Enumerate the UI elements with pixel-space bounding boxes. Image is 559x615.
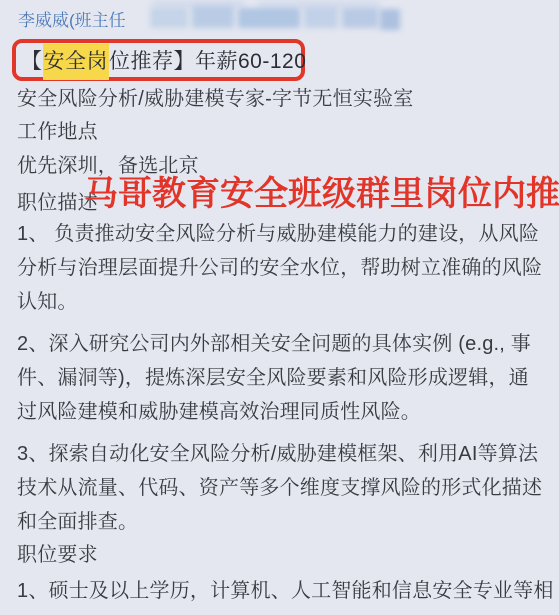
requirements-line: 1、硕士及以上学历，计算机、人工智能和信息安全专业等相 <box>17 577 554 605</box>
description-line: 分析与治理层面提升公司的安全水位，帮助树立准确的风险 <box>17 254 542 282</box>
redaction-blur <box>342 8 378 28</box>
headline-bracket: 【 <box>21 50 43 73</box>
redaction-blur <box>380 9 400 30</box>
description-line: 和全面排查。 <box>17 508 138 536</box>
job-headline: 【安全岗位推荐】年薪60-120 <box>16 45 306 75</box>
redaction-blur <box>304 7 338 28</box>
headline-highlighted: 安全岗 <box>43 44 110 80</box>
description-line: 3、探索自动化安全风险分析/威胁建模框架、利用AI等算法 <box>17 440 538 468</box>
description-line: 1、 负责推动安全风险分析与威胁建模能力的建设，从风险 <box>17 220 539 248</box>
watermark-text: 马哥教育安全班级群里岗位内推 <box>84 166 559 215</box>
redaction-blur <box>192 6 234 28</box>
sender-name: 李威威(班主任 <box>18 9 126 33</box>
headline-rest: 位推荐】年薪60-120 <box>109 50 306 73</box>
description-line: 件、漏洞等)，提炼深层安全风险要素和风险形成逻辑，通 <box>17 364 529 392</box>
location-label: 工作地点 <box>17 118 98 146</box>
description-line: 技术从流量、代码、资产等多个维度支撑风险的形式化描述 <box>17 474 542 502</box>
redaction-blur <box>238 8 300 28</box>
description-line: 认知。 <box>17 288 78 316</box>
job-title: 安全风险分析/威胁建模专家-字节无恒实验室 <box>17 85 413 113</box>
description-line: 2、深入研究公司内外部相关安全问题的具体实例 (e.g., 事 <box>17 330 531 358</box>
redaction-blur <box>150 8 188 28</box>
red-annotation-box: 【安全岗位推荐】年薪60-120 <box>12 39 305 81</box>
chat-screenshot: 李威威(班主任 【安全岗位推荐】年薪60-120 马哥教育安全班级群里岗位内推 … <box>0 0 559 615</box>
requirements-label: 职位要求 <box>17 541 98 569</box>
description-line: 过风险建模和威胁建模高效治理同质性风险。 <box>17 398 421 426</box>
